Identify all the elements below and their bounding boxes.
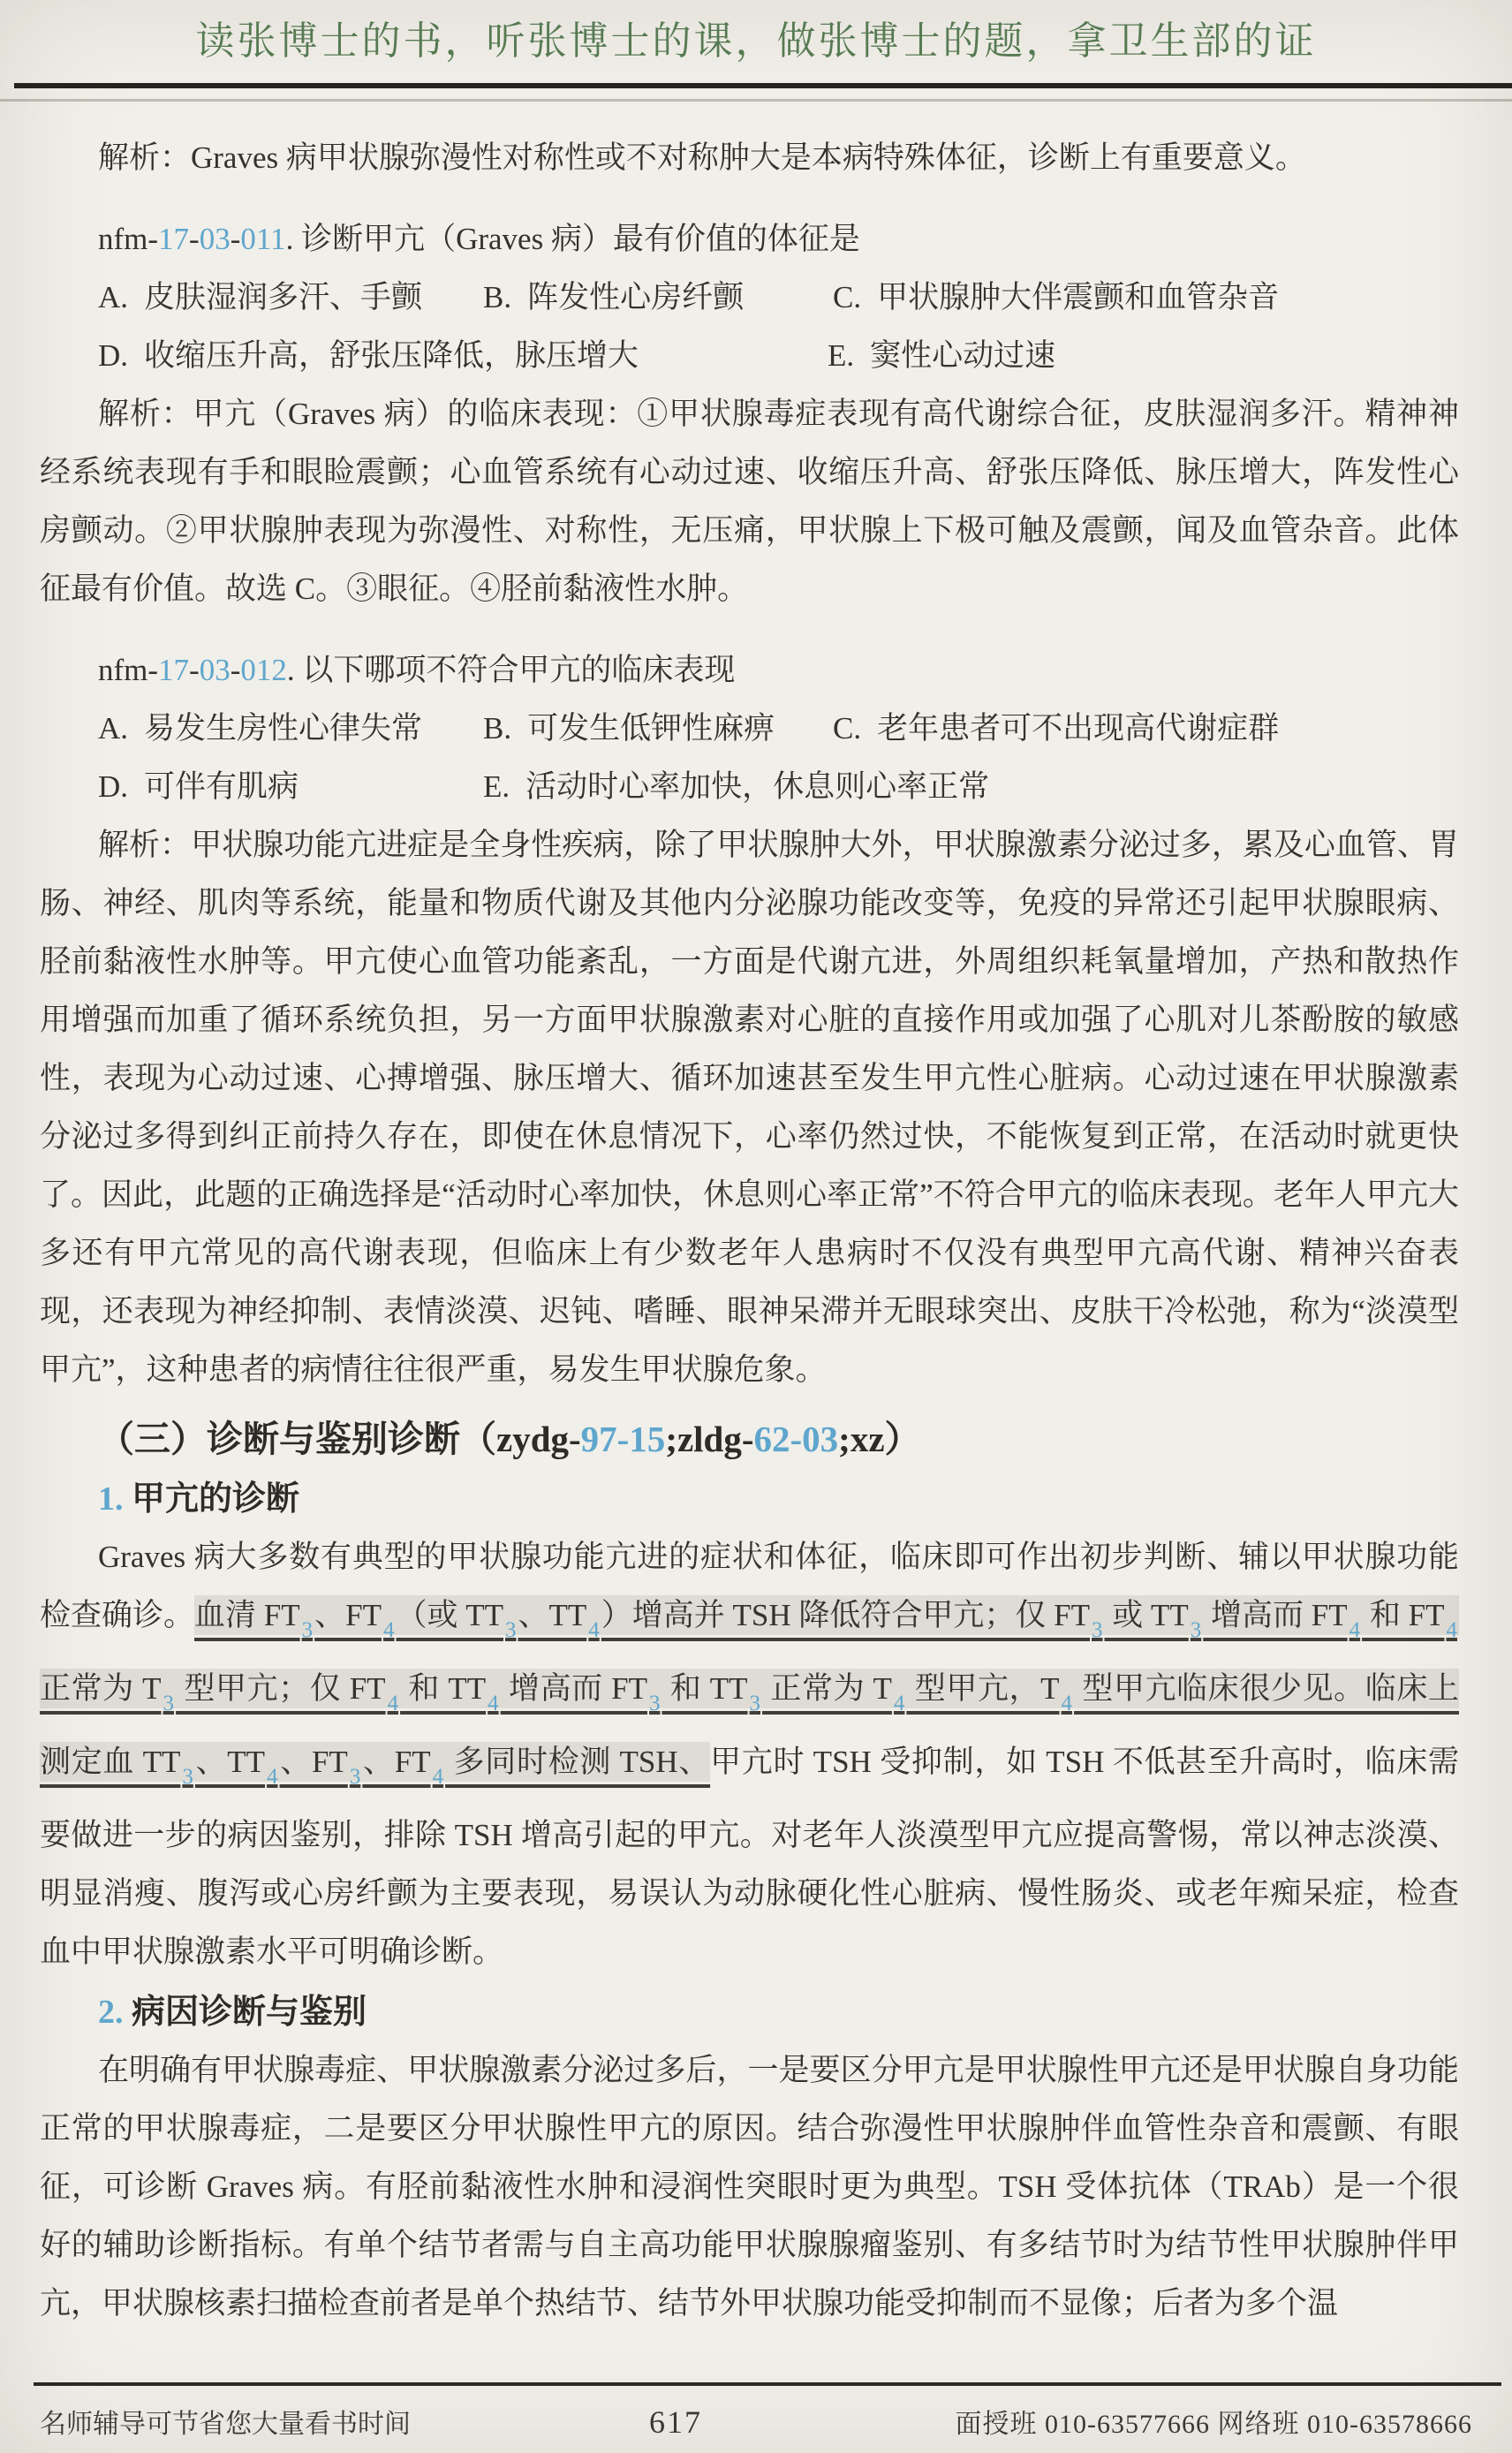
- option-text: 窦性心动过速: [870, 338, 1055, 373]
- text-run: 正常为 T: [762, 1671, 892, 1706]
- text-run: 011: [240, 222, 285, 256]
- text-run: ;xz）: [838, 1419, 920, 1459]
- sub-heading-1: 1. 甲亢的诊断: [40, 1470, 1459, 1528]
- exp-012: 解析：甲状腺功能亢进症是全身性疾病，除了甲状腺肿大外，甲状腺激素分泌过多，累及心…: [40, 816, 1459, 1399]
- text-run: 012: [240, 653, 287, 687]
- question-012: nfm-17-03-012. 以下哪项不符合甲亢的临床表现: [40, 641, 1459, 700]
- scanned-book-page: 读张博士的书，听张博士的课，做张博士的题，拿卫生部的证 解析：Graves 病甲…: [0, 0, 1512, 2453]
- text-run: 或 TT: [1105, 1598, 1189, 1632]
- text-run: 甲亢的诊断: [132, 1480, 299, 1518]
- exp-intro: 解析：Graves 病甲状腺弥漫性对称性或不对称肿大是本病特殊体征，诊断上有重要…: [40, 129, 1459, 187]
- option-E: E.窦性心动过速: [828, 327, 1055, 385]
- subscript: 4: [431, 1765, 446, 1789]
- text-run: -: [189, 653, 200, 687]
- text-run: 、FT: [314, 1598, 382, 1632]
- subscript: 3: [162, 1692, 177, 1715]
- option-C: C.老年患者可不出现高代谢症群: [833, 700, 1279, 758]
- option-label: A.: [98, 280, 128, 314]
- text-run: nfm-: [98, 653, 158, 687]
- text-run: 增高而 FT: [501, 1671, 647, 1706]
- text-run: 血清 FT: [194, 1598, 300, 1632]
- option-text: 可发生低钾性麻痹: [527, 711, 775, 746]
- option-text: 易发生房性心律失常: [144, 711, 422, 746]
- option-label: C.: [833, 711, 861, 746]
- option-label: D.: [98, 769, 128, 804]
- sub-heading-2: 2. 病因诊断与鉴别: [40, 1983, 1459, 2041]
- option-C: C.甲状腺肿大伴震颤和血管杂音: [833, 269, 1279, 327]
- text-run: 03: [200, 653, 231, 687]
- text-run: .: [286, 222, 302, 256]
- option-label: E.: [828, 338, 854, 373]
- option-D: D.可伴有肌病: [98, 758, 483, 816]
- text-run: 2.: [98, 1994, 132, 2031]
- subscript: 4: [486, 1692, 501, 1715]
- subscript: 3: [300, 1618, 315, 1642]
- option-label: C.: [833, 280, 861, 314]
- page-number: 617: [649, 2404, 702, 2441]
- subscript: 3: [647, 1692, 662, 1715]
- text-run: 型甲亢；仅 FT: [176, 1671, 386, 1706]
- text-run: 、TT: [195, 1745, 265, 1779]
- text-run: 解析：甲亢（Graves 病）的临床表现：①甲状腺毒症表现有高代谢综合征，皮肤湿…: [40, 397, 1459, 606]
- text-run: nfm-: [98, 222, 158, 256]
- option-text: 收缩压升高，舒张压降低，脉压增大: [144, 338, 639, 373]
- options-012-row1: A.易发生房性心律失常B.可发生低钾性麻痹C.老年患者可不出现高代谢症群: [40, 700, 1459, 758]
- header-slogan: 读张博士的书，听张博士的课，做张博士的题，拿卫生部的证: [0, 9, 1512, 65]
- text-run: ）增高并 TSH 降低符合甲亢；仅 FT: [601, 1598, 1090, 1632]
- subscript: 4: [1444, 1618, 1459, 1642]
- exp-011: 解析：甲亢（Graves 病）的临床表现：①甲状腺毒症表现有高代谢综合征，皮肤湿…: [40, 385, 1459, 618]
- text-run: 、FT: [362, 1745, 430, 1779]
- subscript: 3: [748, 1692, 763, 1715]
- option-text: 可伴有肌病: [144, 769, 299, 804]
- option-D: D.收缩压升高，舒张压降低，脉压增大: [98, 327, 828, 385]
- text-run: 、TT: [518, 1598, 587, 1632]
- option-label: E.: [483, 769, 510, 804]
- footer-left-text: 名师辅导可节省您大量看书时间: [40, 2402, 587, 2441]
- text-run: 62-03: [754, 1419, 839, 1459]
- subscript: 4: [386, 1692, 401, 1715]
- text-run: 03: [200, 222, 231, 256]
- question-011: nfm-17-03-011. 诊断甲亢（Graves 病）最有价值的体征是: [40, 210, 1459, 269]
- subscript: 4: [382, 1618, 397, 1642]
- option-text: 皮肤湿润多汗、手颤: [144, 280, 422, 314]
- text-run: 和 FT: [1362, 1598, 1444, 1632]
- text-run: 和 TT: [400, 1671, 486, 1706]
- subscript: 4: [1060, 1692, 1075, 1715]
- option-A: A.易发生房性心律失常: [98, 700, 483, 758]
- subscript: 4: [586, 1618, 601, 1642]
- option-B: B.可发生低钾性麻痹: [483, 700, 833, 758]
- header-rule-shadow: [0, 99, 1512, 102]
- text-run: 以下哪项不符合甲亢的临床表现: [302, 653, 735, 687]
- option-text: 阵发性心房纤颤: [527, 280, 744, 314]
- subscript: 3: [180, 1765, 195, 1789]
- option-label: D.: [98, 338, 128, 373]
- diagnosis-para: Graves 病大多数有典型的甲状腺功能亢进的症状和体征，临床即可作出初步判断、…: [40, 1528, 1459, 1981]
- text-run: 诊断甲亢（Graves 病）最有价值的体征是: [301, 222, 860, 256]
- subscript: 3: [1189, 1618, 1204, 1642]
- text-run: -: [189, 222, 200, 256]
- text-run: -: [231, 653, 241, 687]
- text-run: 型甲亢，T: [906, 1671, 1059, 1706]
- etiology-para: 在明确有甲状腺毒症、甲状腺激素分泌过多后，一是要区分甲亢是甲状腺性甲亢还是甲状腺…: [40, 2041, 1459, 2333]
- options-011-row1: A.皮肤湿润多汗、手颤B.阵发性心房纤颤C.甲状腺肿大伴震颤和血管杂音: [40, 269, 1459, 327]
- options-012-row2: D.可伴有肌病E.活动时心率加快，休息则心率正常: [40, 758, 1459, 816]
- footer-rule: [34, 2382, 1501, 2386]
- text-run: .: [287, 653, 303, 687]
- text-run: ;zldg-: [665, 1419, 753, 1459]
- option-text: 老年患者可不出现高代谢症群: [877, 711, 1279, 746]
- subscript: 4: [892, 1692, 907, 1715]
- subscript: 3: [1090, 1618, 1105, 1642]
- option-A: A.皮肤湿润多汗、手颤: [98, 269, 483, 327]
- text-run: （三）诊断与鉴别诊断（zydg-: [98, 1419, 581, 1459]
- page-body: 解析：Graves 病甲状腺弥漫性对称性或不对称肿大是本病特殊体征，诊断上有重要…: [40, 129, 1459, 2333]
- option-label: B.: [483, 280, 511, 314]
- option-E: E.活动时心率加快，休息则心率正常: [483, 758, 989, 816]
- text-run: 多同时检测 TSH、: [445, 1745, 710, 1779]
- option-label: A.: [98, 711, 128, 746]
- subscript: 4: [265, 1765, 280, 1789]
- text-run: 在明确有甲状腺毒症、甲状腺激素分泌过多后，一是要区分甲亢是甲状腺性甲亢还是甲状腺…: [40, 2053, 1459, 2321]
- text-run: 17: [158, 653, 189, 687]
- options-011-row2: D.收缩压升高，舒张压降低，脉压增大E.窦性心动过速: [40, 327, 1459, 385]
- text-run: -: [231, 222, 241, 256]
- text-run: （或 TT: [396, 1598, 503, 1632]
- text-run: 97-15: [581, 1419, 666, 1459]
- text-run: 增高而 FT: [1203, 1598, 1347, 1632]
- footer-right-text: 面授班 010-63577666 网络班 010-63578666: [956, 2402, 1472, 2441]
- text-run: 病因诊断与鉴别: [132, 1994, 367, 2031]
- subscript: 3: [503, 1618, 518, 1642]
- option-B: B.阵发性心房纤颤: [483, 269, 833, 327]
- text-run: 1.: [98, 1480, 132, 1518]
- subscript: 4: [1348, 1618, 1363, 1642]
- text-run: 和 TT: [661, 1671, 747, 1706]
- option-text: 活动时心率加快，休息则心率正常: [525, 769, 989, 804]
- page-footer: 名师辅导可节省您大量看书时间 617 面授班 010-63577666 网络班 …: [40, 2402, 1472, 2441]
- section-heading-3: （三）诊断与鉴别诊断（zydg-97-15;zldg-62-03;xz）: [40, 1410, 1459, 1468]
- header-rule: [14, 83, 1512, 88]
- text-run: 正常为 T: [40, 1671, 162, 1706]
- option-text: 甲状腺肿大伴震颤和血管杂音: [877, 280, 1279, 314]
- subscript: 3: [348, 1765, 363, 1789]
- text-run: 解析：Graves 病甲状腺弥漫性对称性或不对称肿大是本病特殊体征，诊断上有重要…: [98, 140, 1306, 175]
- text-run: 解析：甲状腺功能亢进症是全身性疾病，除了甲状腺肿大外，甲状腺激素分泌过多，累及心…: [40, 828, 1459, 1387]
- text-run: 、FT: [280, 1745, 348, 1779]
- option-label: B.: [483, 711, 511, 746]
- text-run: 17: [158, 222, 189, 256]
